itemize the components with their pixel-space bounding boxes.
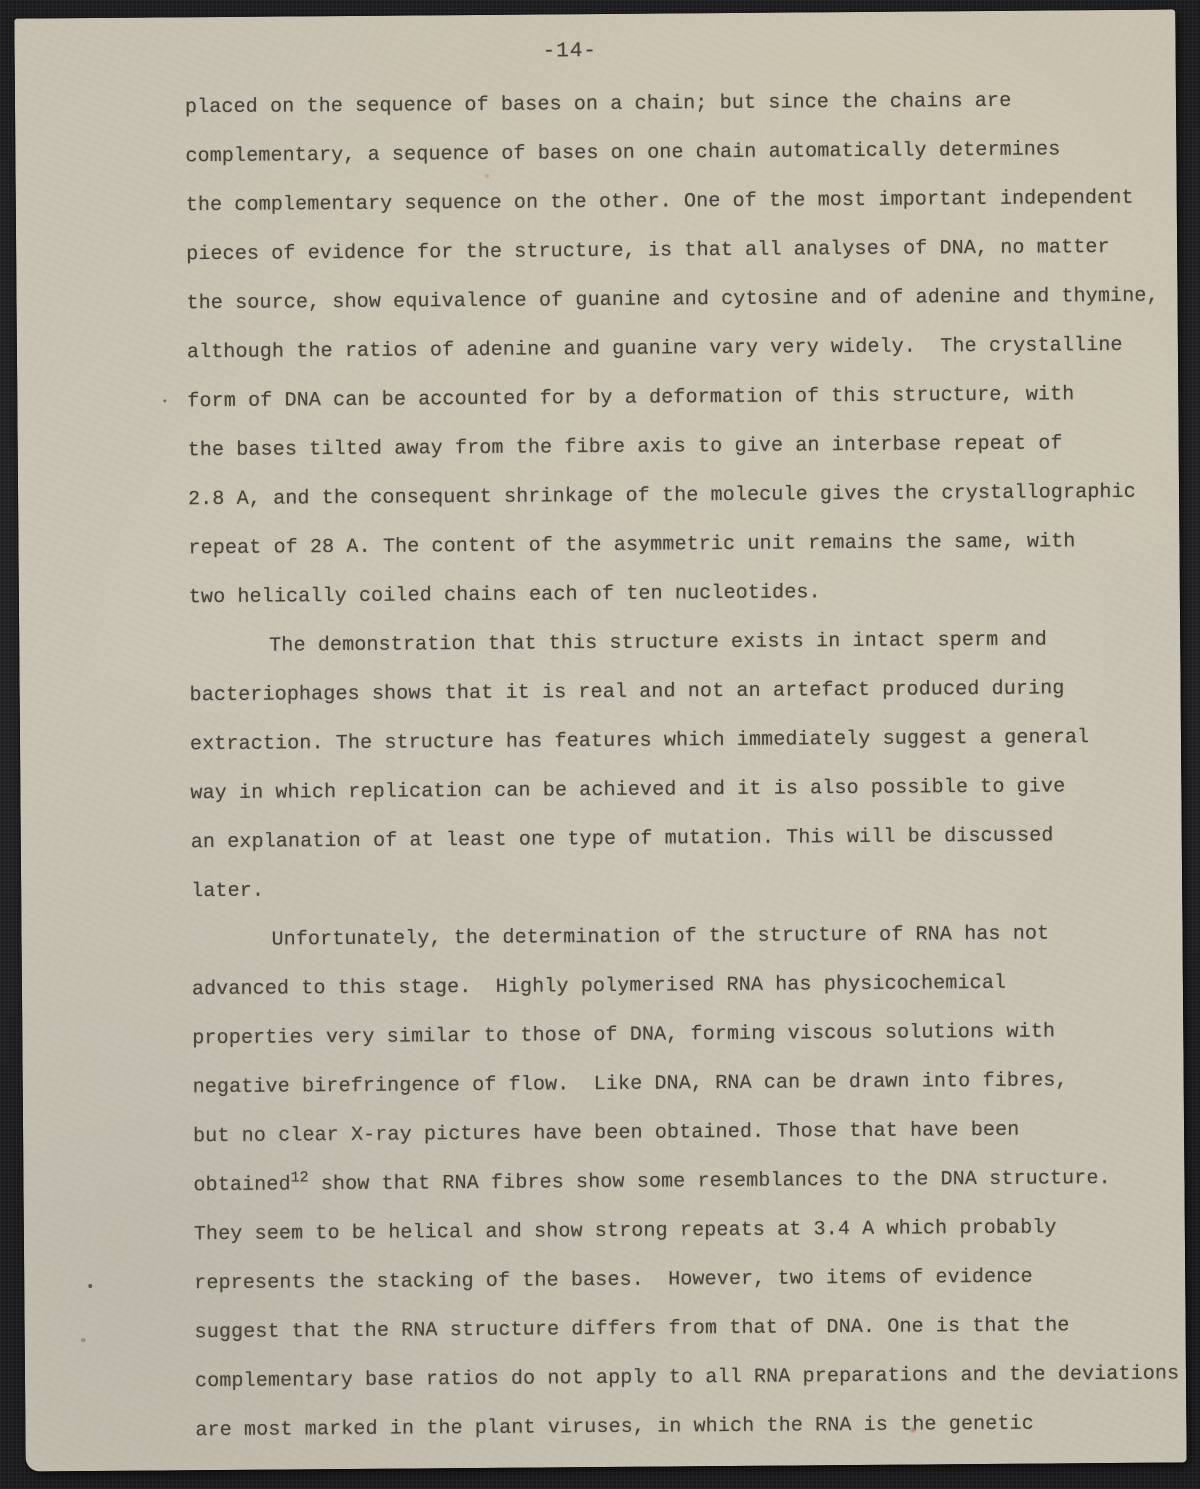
text-line: The demonstration that this structure ex…: [189, 614, 1189, 671]
text-line: extraction. The structure has features w…: [190, 712, 1190, 769]
text-line: placed on the sequence of bases on a cha…: [185, 75, 1185, 132]
text-line: bacteriophages shows that it is real and…: [189, 663, 1189, 720]
text-line: two helically coiled chains each of ten …: [189, 565, 1189, 622]
text-line: way in which replication can be achieved…: [190, 761, 1190, 818]
text-line: are most marked in the plant viruses, in…: [195, 1398, 1195, 1455]
text-line: 2.8 A, and the consequent shrinkage of t…: [188, 467, 1188, 524]
text-line: the complementary sequence on the other.…: [186, 173, 1186, 230]
text-line: later.: [191, 859, 1191, 916]
text-line: advanced to this stage. Highly polymeris…: [192, 957, 1192, 1014]
text-line: although the ratios of adenine and guani…: [187, 320, 1187, 377]
paper-speck: [88, 1284, 92, 1288]
text-line: complementary base ratios do not apply t…: [195, 1349, 1195, 1406]
text-line: but no clear X-ray pictures have been ob…: [193, 1104, 1193, 1161]
text-line: Unfortunately, the determination of the …: [191, 908, 1191, 965]
text-line: represents the stacking of the bases. Ho…: [194, 1251, 1194, 1308]
text-line: They seem to be helical and show strong …: [194, 1202, 1194, 1259]
text-line: negative birefringence of flow. Like DNA…: [193, 1055, 1193, 1112]
paper-speck: [908, 1427, 917, 1434]
page-number: -14-: [542, 40, 597, 63]
text-line: an explanation of at least one type of m…: [191, 810, 1191, 867]
scanned-page: -14- placed on the sequence of bases on …: [14, 9, 1186, 1471]
text-line: pieces of evidence for the structure, is…: [186, 222, 1186, 279]
text-line: repeat of 28 A. The content of the asymm…: [188, 516, 1188, 573]
paper-speck: [484, 173, 491, 179]
text-line: properties very similar to those of DNA,…: [192, 1006, 1192, 1063]
typed-lines: placed on the sequence of bases on a cha…: [185, 75, 1196, 1455]
paper-speck: [81, 1338, 86, 1342]
text-line: complementary, a sequence of bases on on…: [185, 124, 1185, 181]
text-line: form of DNA can be accounted for by a de…: [187, 369, 1187, 426]
text-line: the bases tilted away from the fibre axi…: [188, 418, 1188, 475]
text-line: the source, show equivalence of guanine …: [186, 271, 1186, 328]
text-line: suggest that the RNA structure differs f…: [194, 1300, 1194, 1357]
footnote-reference: 12: [291, 1169, 309, 1186]
paper-speck: [163, 399, 166, 402]
text-line: obtained12 show that RNA fibres show som…: [193, 1153, 1193, 1210]
